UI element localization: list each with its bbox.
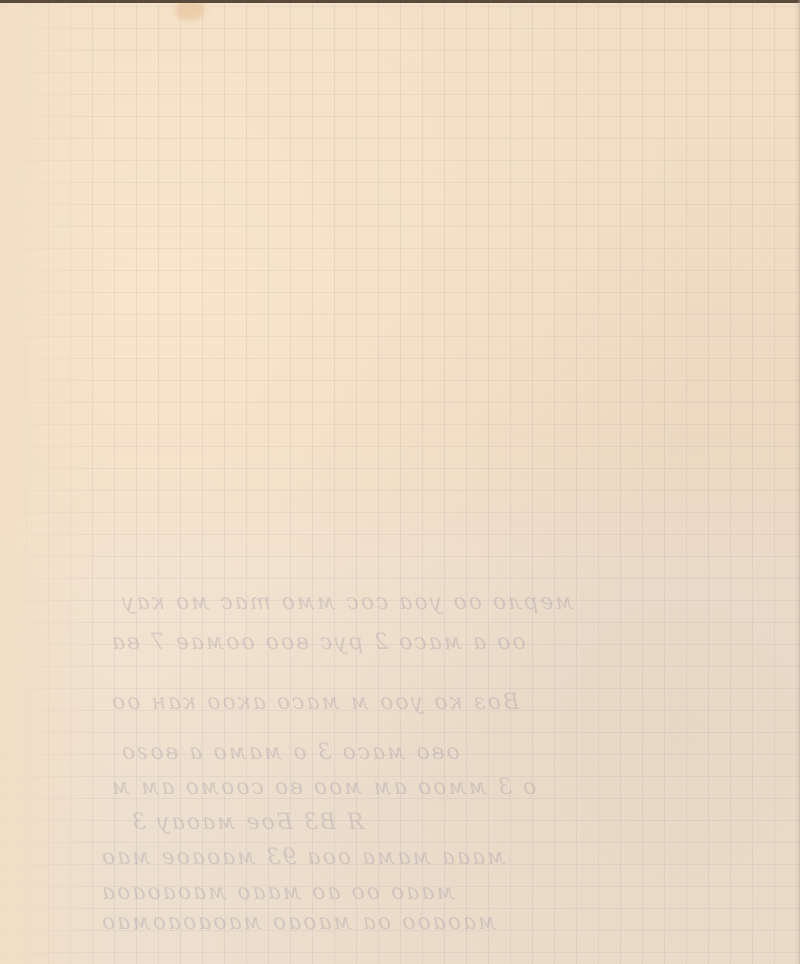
bleed-through-text: ово масо 3 о мамо а вого <box>120 740 460 765</box>
bleed-through-text: мерло оо уоа сос ммо тас мо кау <box>120 590 574 615</box>
bleed-through-text: о 3 ммоо ам моо во соомо ам м <box>110 775 536 800</box>
bleed-through-text: Я В3 Бое маоау 3 <box>130 810 365 835</box>
bleed-through-text: мааа мама ооа 93 маоаое мао <box>100 845 505 870</box>
page-top-edge <box>0 0 800 3</box>
bleed-through-text: маао оо ао маао маоаоаоа <box>100 880 455 905</box>
graph-paper-grid <box>0 0 800 964</box>
paper-stain <box>175 0 205 20</box>
bleed-through-text: Воз ко уоо м масо акоо кан оо <box>110 690 519 715</box>
letter-page: мерло оо уоа сос ммо тас мо кау оо а мас… <box>0 0 800 964</box>
bleed-through-text: маоаоо оа маоао маоаоаомао <box>100 910 496 935</box>
bleed-through-text: оо а масо 2 рус воо оомае 7 ва <box>110 630 526 655</box>
margin-fade <box>0 0 110 964</box>
